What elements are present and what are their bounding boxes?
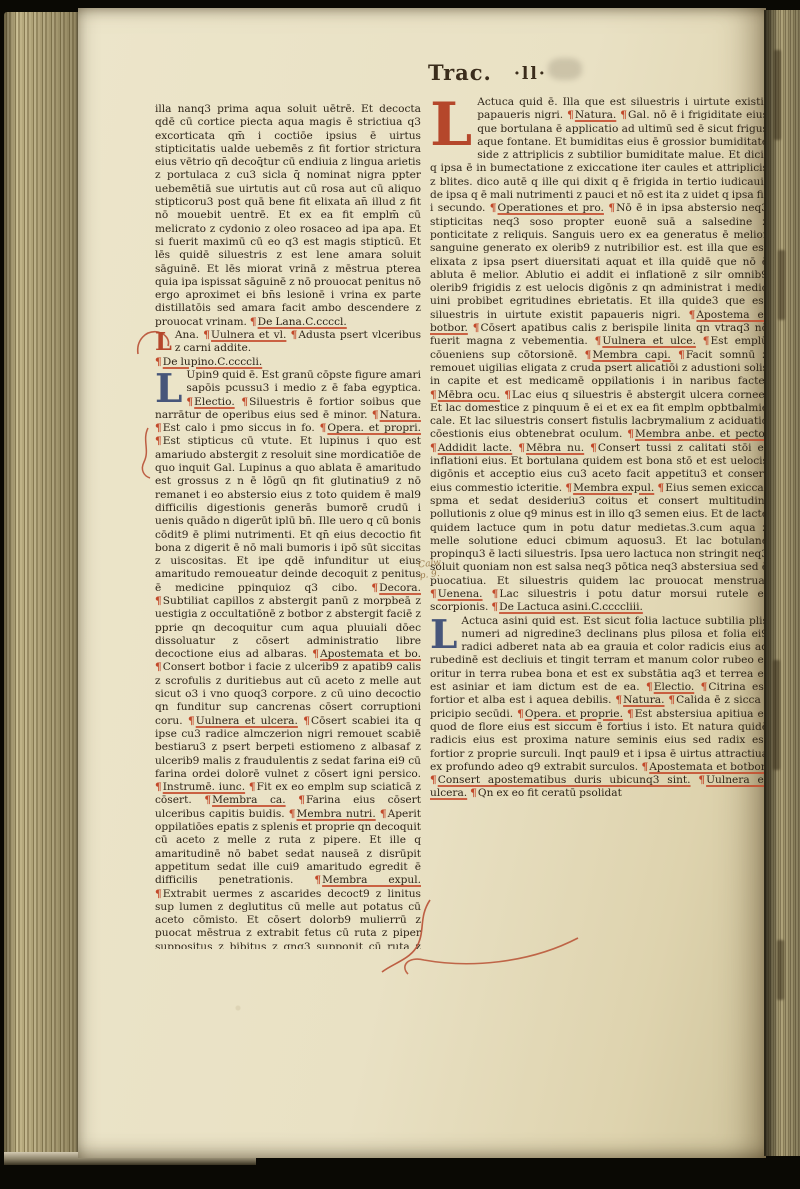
folio-number: ·ll· [514, 64, 547, 84]
facing-leaves-edge [764, 10, 800, 1156]
paragraph-mark: ¶ [698, 774, 706, 786]
paragraph-mark: ¶ [668, 694, 676, 706]
text-column-right: LActuca quid ē. Illa que est siluestris … [430, 96, 768, 958]
paragraph-mark: ¶ [380, 808, 388, 820]
paragraph-mark: ¶ [646, 681, 654, 693]
paragraph-mark: ¶ [298, 794, 306, 806]
rubricated-keyword: Apostemata et botbor. [649, 761, 768, 773]
paragraph-mark: ¶ [627, 428, 635, 440]
rubricated-keyword: Membra expul. [573, 482, 654, 494]
body-text: Qn ex eo fit ceratū psolidat [478, 787, 622, 799]
rubricated-keyword: Consert apostematibus duris ubicunq3 sin… [438, 774, 691, 786]
body-text: Extrabit uermes z ascarides decoct9 z li… [155, 888, 421, 949]
body-text [286, 794, 299, 806]
running-title: Trac. [428, 60, 492, 85]
paragraph-mark: ¶ [186, 396, 194, 408]
text-paragraph: LUpin9 quid ē. Est granū cōpste figure a… [155, 369, 421, 949]
rubricated-keyword: Membra ca. [212, 794, 286, 806]
paragraph-mark: ¶ [490, 202, 498, 214]
paragraph-mark: ¶ [250, 316, 258, 328]
book-photograph: Trac. ·ll· illa nanq3 prima aqua soluit … [0, 0, 800, 1189]
paragraph-mark: ¶ [155, 661, 163, 673]
paragraph-mark: ¶ [518, 442, 526, 454]
paragraph-mark: ¶ [517, 708, 525, 720]
paragraph-mark: ¶ [615, 694, 623, 706]
paragraph-mark: ¶ [567, 109, 575, 121]
paragraph-mark: ¶ [620, 109, 628, 121]
paragraph-mark: ¶ [430, 442, 438, 454]
rubricated-keyword: Mēbra nu. [526, 442, 584, 454]
paragraph-mark: ¶ [314, 874, 322, 886]
paragraph-mark: ¶ [473, 322, 481, 334]
rubricated-keyword: Decora. [379, 582, 421, 594]
body-text [671, 349, 678, 361]
rubricated-keyword: Uulnera et ulcera. [196, 715, 298, 727]
paragraph-mark: ¶ [430, 588, 438, 600]
rubricated-keyword: Natura. [623, 694, 664, 706]
body-text [286, 329, 290, 341]
rubricated-keyword: De Lactuca asini.C.ccccliii. [499, 601, 643, 613]
paragraph-mark: ¶ [430, 389, 438, 401]
paragraph-mark: ¶ [203, 329, 211, 341]
paragraph-mark: ¶ [678, 349, 686, 361]
rubricated-keyword: Electio. [654, 681, 695, 693]
text-paragraph: LAna. ¶Uulnera et vl. ¶Adusta psert vlce… [155, 329, 421, 356]
text-column-left: illa nanq3 prima aqua soluit uētrē. Et d… [155, 103, 421, 949]
body-text: Ana. [175, 329, 203, 341]
body-text: Est calo i pmo siccus in fo. [163, 422, 320, 434]
ink-offset-smudge [548, 58, 582, 80]
rubricated-keyword: Uenena. [438, 588, 483, 600]
paragraph-mark: ¶ [470, 787, 478, 799]
drop-cap-initial: L [155, 329, 175, 353]
paragraph-mark: ¶ [627, 708, 635, 720]
body-text: Est stipticus cū vtute. Et lupinus i quo… [155, 435, 421, 593]
rubricated-keyword: Mēbra ocu. [438, 389, 500, 401]
body-text: Nō ē in ipsa abstersio neq3 stipticitas … [430, 202, 768, 320]
paragraph-mark: ¶ [155, 781, 163, 793]
paragraph-mark: ¶ [371, 582, 379, 594]
paragraph-mark: ¶ [590, 442, 598, 454]
paragraph-mark: ¶ [504, 389, 512, 401]
body-text: Eius semen exiccat spma et sedat desider… [430, 482, 768, 587]
drop-cap-initial: L [430, 615, 461, 653]
edge-ink-mark [773, 660, 780, 770]
paragraph-mark: ¶ [430, 774, 438, 786]
text-paragraph: ¶De lupino.C.ccccli. [155, 356, 421, 369]
rubricated-keyword: Addidit lacte. [438, 442, 513, 454]
rubricated-keyword: De Lana.C.ccccl. [258, 316, 347, 328]
rubricated-keyword: Apostemata et bo. [320, 648, 421, 660]
edge-ink-mark [778, 250, 785, 320]
text-paragraph: LActuca quid ē. Illa que est siluestris … [430, 96, 768, 615]
paragraph-mark: ¶ [491, 601, 499, 613]
rubricated-keyword: Instrumē. iunc. [163, 781, 245, 793]
rubricated-keyword: Membra capi. [592, 349, 670, 361]
body-text: Upin9 quid ē. Est granū cōpste figure am… [186, 369, 421, 394]
body-text: Gal. nō ē i frigiditate eius que bortula… [430, 109, 768, 214]
edge-ink-mark [777, 940, 784, 1000]
rubricated-keyword: Uulnera et vl. [211, 329, 286, 341]
paragraph-mark: ¶ [204, 794, 212, 806]
paragraph-mark: ¶ [303, 715, 311, 727]
paragraph-mark: ¶ [155, 888, 163, 900]
paragraph-mark: ¶ [289, 808, 297, 820]
body-text [483, 588, 492, 600]
rubricated-keyword: Electio. [194, 396, 235, 408]
paragraph-mark: ¶ [608, 202, 616, 214]
rubricated-keyword: Membra nutri. [297, 808, 376, 820]
paragraph-mark: ¶ [155, 435, 163, 447]
paragraph-mark: ¶ [565, 482, 573, 494]
rubricated-keyword: Uulnera et ulce. [602, 335, 696, 347]
paragraph-mark: ¶ [155, 356, 163, 368]
rubricated-keyword: Membra anbe. et pecto. [635, 428, 768, 440]
paragraph-mark: ¶ [155, 422, 163, 434]
rubricated-keyword: Opera. et proprie. [525, 708, 623, 720]
paragraph-mark: ¶ [155, 595, 163, 607]
rubricated-keyword: Opera. et propri. [327, 422, 421, 434]
paragraph-mark: ¶ [241, 396, 249, 408]
body-text [694, 681, 700, 693]
text-paragraph: LActuca asini quid est. Est sicut folia … [430, 615, 768, 801]
drop-cap-initial: L [155, 369, 186, 407]
paragraph-mark: ¶ [312, 648, 320, 660]
rubricated-keyword: Membra expul. [322, 874, 421, 886]
rubric-flourish [138, 426, 154, 480]
paragraph-mark: ¶ [188, 715, 196, 727]
drop-cap-initial: L [430, 96, 477, 151]
text-paragraph: illa nanq3 prima aqua soluit uētrē. Et d… [155, 103, 421, 329]
rubricated-keyword: Natura. [380, 409, 421, 421]
body-text: illa nanq3 prima aqua soluit uētrē. Et d… [155, 103, 421, 328]
rubricated-keyword: Operationes et pro. [498, 202, 604, 214]
edge-ink-mark [774, 50, 781, 140]
rubricated-keyword: De lupino.C.ccccli. [163, 356, 262, 368]
book-page: Trac. ·ll· illa nanq3 prima aqua soluit … [78, 8, 766, 1158]
page-stack-edge [4, 12, 78, 1154]
body-text [696, 335, 703, 347]
paragraph-mark: ¶ [249, 781, 257, 793]
rubricated-keyword: Natura. [575, 109, 616, 121]
paragraph-mark: ¶ [372, 409, 380, 421]
